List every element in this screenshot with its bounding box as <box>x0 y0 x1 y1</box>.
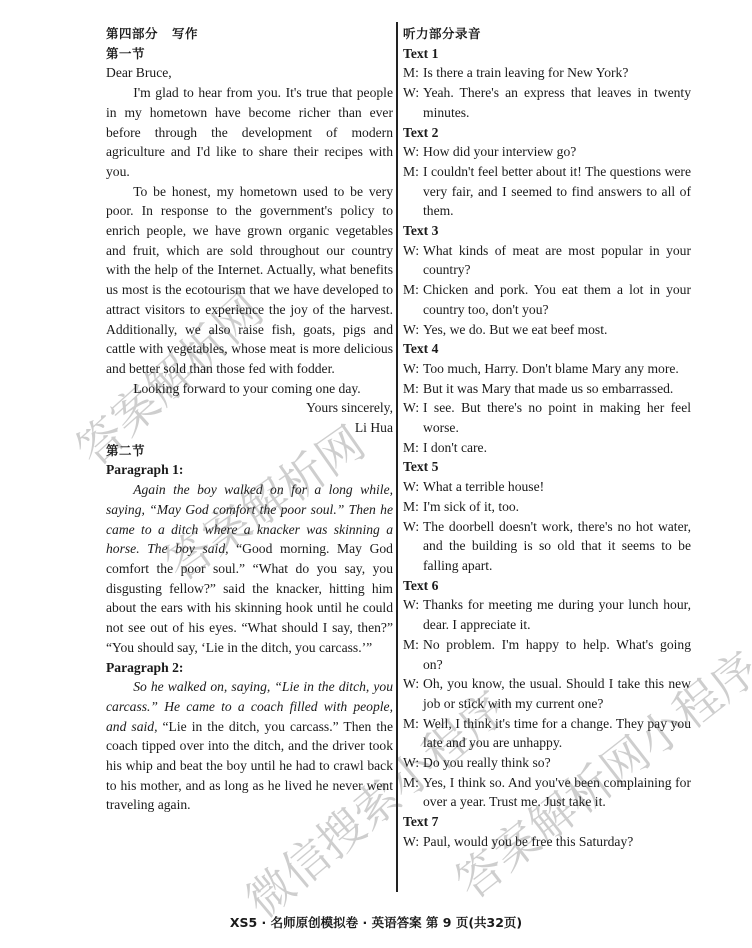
speaker: W: <box>403 595 423 634</box>
utterance: I don't care. <box>423 438 691 458</box>
dialogue-line: W:Oh, you know, the usual. Should I take… <box>403 674 691 713</box>
speaker: M: <box>403 714 423 753</box>
speaker: M: <box>403 438 423 458</box>
dialogue-line: W:Thanks for meeting me during your lunc… <box>403 595 691 634</box>
letter-salutation: Dear Bruce, <box>106 63 393 83</box>
dialogue-line: W:Paul, would you be free this Saturday? <box>403 832 691 852</box>
writing-section: 第四部分写作 第一节 Dear Bruce, I'm glad to hear … <box>106 24 393 815</box>
utterance: Too much, Harry. Don't blame Mary any mo… <box>423 359 691 379</box>
text-label: Text 2 <box>403 123 691 143</box>
utterance: Do you really think so? <box>423 753 691 773</box>
text-block-2: Text 2 W:How did your interview go? M:I … <box>403 123 691 222</box>
speaker: W: <box>403 753 423 773</box>
utterance: Well, I think it's time for a change. Th… <box>423 714 691 753</box>
text-label: Text 1 <box>403 44 691 64</box>
utterance: Paul, would you be free this Saturday? <box>423 832 691 852</box>
utterance: No problem. I'm happy to help. What's go… <box>423 635 691 674</box>
dialogue-line: M:I'm sick of it, too. <box>403 497 691 517</box>
dialogue-line: M:I don't care. <box>403 438 691 458</box>
speaker: M: <box>403 63 423 83</box>
dialogue-line: W:How did your interview go? <box>403 142 691 162</box>
utterance: But it was Mary that made us so embarras… <box>423 379 691 399</box>
text-block-7: Text 7 W:Paul, would you be free this Sa… <box>403 812 691 851</box>
speaker: M: <box>403 635 423 674</box>
letter-paragraph: Looking forward to your coming one day. <box>106 379 393 399</box>
utterance: The doorbell doesn't work, there's no ho… <box>423 517 691 576</box>
speaker: M: <box>403 162 423 221</box>
text-block-5: Text 5 W:What a terrible house! M:I'm si… <box>403 457 691 575</box>
answer-sheet-page: 第四部分写作 第一节 Dear Bruce, I'm glad to hear … <box>0 0 752 948</box>
text-block-4: Text 4 W:Too much, Harry. Don't blame Ma… <box>403 339 691 457</box>
speaker: M: <box>403 280 423 319</box>
utterance: Chicken and pork. You eat them a lot in … <box>423 280 691 319</box>
page-footer: XS5 · 名师原创模拟卷 · 英语答案 第 9 页(共32页) <box>0 913 752 931</box>
utterance: Is there a train leaving for New York? <box>423 63 691 83</box>
speaker: W: <box>403 674 423 713</box>
utterance: Oh, you know, the usual. Should I take t… <box>423 674 691 713</box>
dialogue-line: M:Is there a train leaving for New York? <box>403 63 691 83</box>
listening-transcript: 听力部分录音 Text 1 M:Is there a train leaving… <box>403 24 691 852</box>
utterance: Yes, we do. But we eat beef most. <box>423 320 691 340</box>
speaker: W: <box>403 142 423 162</box>
text-label: Text 6 <box>403 576 691 596</box>
dialogue-line: W:Do you really think so? <box>403 753 691 773</box>
text-block-1: Text 1 M:Is there a train leaving for Ne… <box>403 44 691 123</box>
section-subtitle: 写作 <box>172 26 198 41</box>
paragraph1-text: Again the boy walked on for a long while… <box>106 480 393 657</box>
transcript-title: 听力部分录音 <box>403 24 691 44</box>
letter-paragraph: I'm glad to hear from you. It's true tha… <box>106 83 393 182</box>
text-block-3: Text 3 W:What kinds of meat are most pop… <box>403 221 691 339</box>
column-divider <box>396 22 398 892</box>
text-label: Text 4 <box>403 339 691 359</box>
speaker: W: <box>403 83 423 122</box>
speaker: M: <box>403 773 423 812</box>
dialogue-line: W:Too much, Harry. Don't blame Mary any … <box>403 359 691 379</box>
letter-signature: Li Hua <box>106 418 393 438</box>
speaker: W: <box>403 359 423 379</box>
utterance: Yeah. There's an express that leaves in … <box>423 83 691 122</box>
speaker: W: <box>403 398 423 437</box>
dialogue-line: M:I couldn't feel better about it! The q… <box>403 162 691 221</box>
speaker: W: <box>403 241 423 280</box>
dialogue-line: W:Yes, we do. But we eat beef most. <box>403 320 691 340</box>
paragraph2-text: So he walked on, saying, “Lie in the dit… <box>106 677 393 815</box>
dialogue-line: M:Chicken and pork. You eat them a lot i… <box>403 280 691 319</box>
utterance: Yes, I think so. And you've been complai… <box>423 773 691 812</box>
dialogue-line: M:Yes, I think so. And you've been compl… <box>403 773 691 812</box>
dialogue-line: W:What a terrible house! <box>403 477 691 497</box>
section-heading: 第四部分写作 <box>106 24 393 44</box>
paragraph2-label: Paragraph 2: <box>106 658 393 678</box>
utterance: I couldn't feel better about it! The que… <box>423 162 691 221</box>
utterance: How did your interview go? <box>423 142 691 162</box>
letter-paragraph: To be honest, my hometown used to be ver… <box>106 182 393 379</box>
speaker: W: <box>403 832 423 852</box>
paragraph1-continuation: “Good morning. May God comfort the poor … <box>106 541 393 655</box>
text-label: Text 3 <box>403 221 691 241</box>
dialogue-line: W:The doorbell doesn't work, there's no … <box>403 517 691 576</box>
dialogue-line: W:Yeah. There's an express that leaves i… <box>403 83 691 122</box>
utterance: What kinds of meat are most popular in y… <box>423 241 691 280</box>
speaker: M: <box>403 497 423 517</box>
utterance: What a terrible house! <box>423 477 691 497</box>
utterance: Thanks for meeting me during your lunch … <box>423 595 691 634</box>
paragraph1-label: Paragraph 1: <box>106 460 393 480</box>
speaker: W: <box>403 517 423 576</box>
letter-closing: Yours sincerely, <box>106 398 393 418</box>
speaker: W: <box>403 477 423 497</box>
speaker: M: <box>403 379 423 399</box>
text-block-6: Text 6 W:Thanks for meeting me during yo… <box>403 576 691 812</box>
dialogue-line: M:Well, I think it's time for a change. … <box>403 714 691 753</box>
dialogue-line: W:I see. But there's no point in making … <box>403 398 691 437</box>
utterance: I see. But there's no point in making he… <box>423 398 691 437</box>
utterance: I'm sick of it, too. <box>423 497 691 517</box>
dialogue-line: M:No problem. I'm happy to help. What's … <box>403 635 691 674</box>
text-label: Text 7 <box>403 812 691 832</box>
part1-heading: 第一节 <box>106 44 393 64</box>
section-title: 第四部分 <box>106 26 158 41</box>
text-label: Text 5 <box>403 457 691 477</box>
speaker: W: <box>403 320 423 340</box>
part2-heading: 第二节 <box>106 441 393 461</box>
dialogue-line: W:What kinds of meat are most popular in… <box>403 241 691 280</box>
dialogue-line: M:But it was Mary that made us so embarr… <box>403 379 691 399</box>
